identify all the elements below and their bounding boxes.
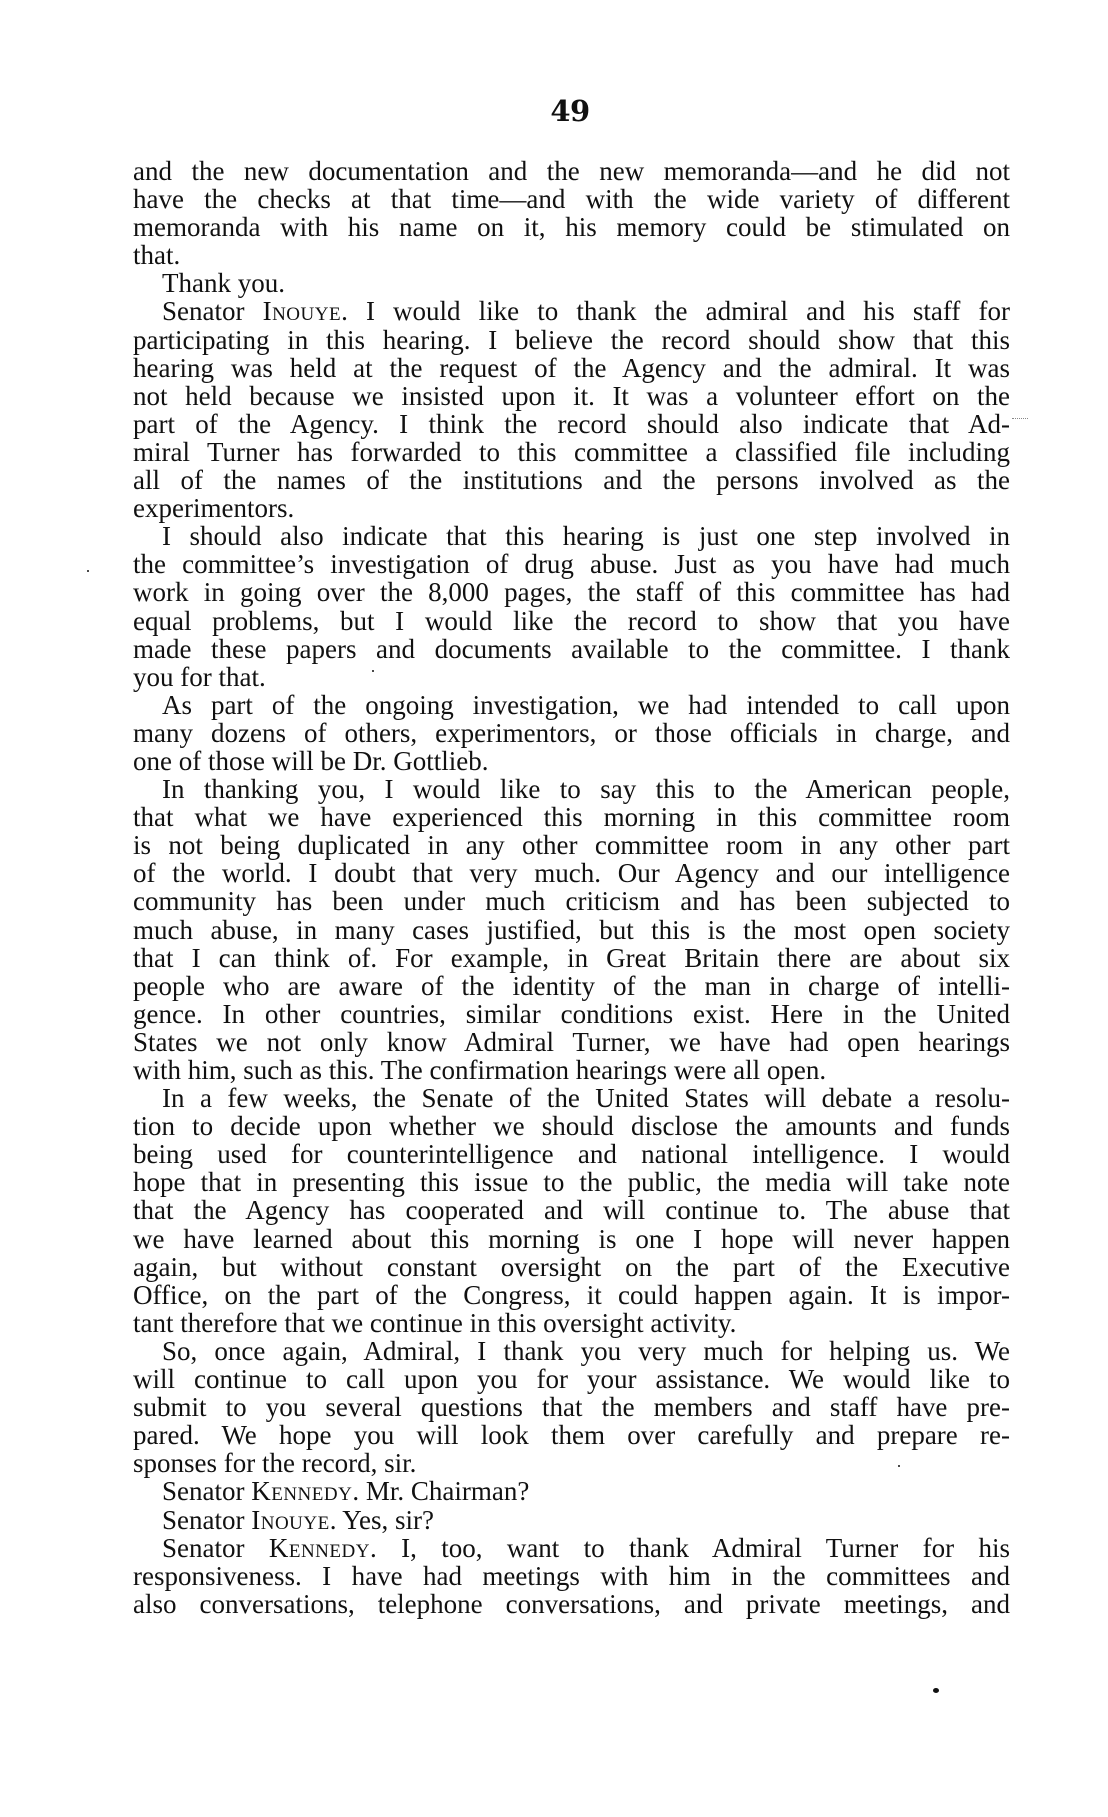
text-line: that what we have experienced this morni… xyxy=(133,803,1010,831)
speaker-prefix: Senator xyxy=(162,1533,269,1563)
text-line: experimentors. xyxy=(133,494,1010,522)
text-line: tant therefore that we continue in this … xyxy=(133,1309,1010,1337)
text-line: Senator Inouye. I would like to thank th… xyxy=(133,297,1010,325)
text-line: will continue to call upon you for your … xyxy=(133,1365,1010,1393)
text-line: equal problems, but I would like the rec… xyxy=(133,607,1010,635)
paragraph: So, once again, Admiral, I thank you ver… xyxy=(133,1337,1010,1477)
text-line: that the Agency has cooperated and will … xyxy=(133,1196,1010,1224)
text-line: community has been under much criticism … xyxy=(133,887,1010,915)
speaker-name: Inouye xyxy=(251,1505,329,1535)
text-line: is not being duplicated in any other com… xyxy=(133,831,1010,859)
text-line: States we not only know Admiral Turner, … xyxy=(133,1028,1010,1056)
speaker-paragraph-kennedy: Senator Kennedy. Mr. Chairman? xyxy=(133,1477,1010,1505)
speaker-prefix: Senator xyxy=(162,1476,251,1506)
text-line: pared. We hope you will look them over c… xyxy=(133,1421,1010,1449)
text-line: As part of the ongoing investigation, we… xyxy=(133,691,1010,719)
text-line: Thank you. xyxy=(133,269,1010,297)
text-line: Senator Kennedy. Mr. Chairman? xyxy=(133,1477,1010,1505)
text-line: Senator Inouye. Yes, sir? xyxy=(133,1506,1010,1534)
paragraph: Thank you. xyxy=(133,269,1010,297)
speaker-text: . I, too, want to thank Admiral Turner f… xyxy=(370,1533,1010,1563)
speaker-name: Inouye xyxy=(263,296,341,326)
text-line: not held because we insisted upon it. It… xyxy=(133,382,1010,410)
text-line: many dozens of others, experimentors, or… xyxy=(133,719,1010,747)
scan-speck xyxy=(898,1465,900,1467)
text-line: gence. In other countries, similar condi… xyxy=(133,1000,1010,1028)
text-line: work in going over the 8,000 pages, the … xyxy=(133,578,1010,606)
paragraph: and the new documentation and the new me… xyxy=(133,157,1010,269)
text-line: Senator Kennedy. I, too, want to thank A… xyxy=(133,1534,1010,1562)
text-line: So, once again, Admiral, I thank you ver… xyxy=(133,1337,1010,1365)
text-line: have the checks at that time—and with th… xyxy=(133,185,1010,213)
speaker-prefix: Senator xyxy=(162,296,263,326)
text-line: memoranda with his name on it, his memor… xyxy=(133,213,1010,241)
scan-speck xyxy=(933,1688,939,1693)
paragraph: As part of the ongoing investigation, we… xyxy=(133,691,1010,775)
text-line: much abuse, in many cases justified, but… xyxy=(133,916,1010,944)
speaker-paragraph-inouye: Senator Inouye. I would like to thank th… xyxy=(133,297,1010,522)
paragraph: In a few weeks, the Senate of the United… xyxy=(133,1084,1010,1337)
document-body: and the new documentation and the new me… xyxy=(133,157,1010,1618)
speaker-name: Kennedy xyxy=(251,1476,352,1506)
text-line: the committee’s investigation of drug ab… xyxy=(133,550,1010,578)
text-line: that. xyxy=(133,241,1010,269)
text-line: again, but without constant oversight on… xyxy=(133,1253,1010,1281)
text-line: miral Turner has forwarded to this commi… xyxy=(133,438,1010,466)
margin-mark xyxy=(1012,418,1028,420)
text-line: participating in this hearing. I believe… xyxy=(133,326,1010,354)
text-line: hearing was held at the request of the A… xyxy=(133,354,1010,382)
text-line: all of the names of the institutions and… xyxy=(133,466,1010,494)
text-line: sponses for the record, sir. xyxy=(133,1449,1010,1477)
text-line: I should also indicate that this hearing… xyxy=(133,522,1010,550)
text-line: and the new documentation and the new me… xyxy=(133,157,1010,185)
text-line: part of the Agency. I think the record s… xyxy=(133,410,1010,438)
text-line: people who are aware of the identity of … xyxy=(133,972,1010,1000)
text-line: we have learned about this morning is on… xyxy=(133,1225,1010,1253)
text-line: that I can think of. For example, in Gre… xyxy=(133,944,1010,972)
speaker-text: . Mr. Chairman? xyxy=(352,1476,529,1506)
text-line: Office, on the part of the Congress, it … xyxy=(133,1281,1010,1309)
page-number: 49 xyxy=(0,96,1108,126)
text-line: one of those will be Dr. Gottlieb. xyxy=(133,747,1010,775)
speaker-name: Kennedy xyxy=(269,1533,370,1563)
text-line: being used for counterintelligence and n… xyxy=(133,1140,1010,1168)
scan-speck xyxy=(372,670,374,672)
speaker-paragraph-kennedy: Senator Kennedy. I, too, want to thank A… xyxy=(133,1534,1010,1618)
speaker-text: . Yes, sir? xyxy=(330,1505,434,1535)
text-line: you for that. xyxy=(133,663,1010,691)
text-line: hope that in presenting this issue to th… xyxy=(133,1168,1010,1196)
paragraph: In thanking you, I would like to say thi… xyxy=(133,775,1010,1084)
text-line: of the world. I doubt that very much. Ou… xyxy=(133,859,1010,887)
text-line: tion to decide upon whether we should di… xyxy=(133,1112,1010,1140)
speaker-prefix: Senator xyxy=(162,1505,251,1535)
text-line: also conversations, telephone conversati… xyxy=(133,1590,1010,1618)
speaker-text: . I would like to thank the admiral and … xyxy=(341,296,1010,326)
text-line: submit to you several questions that the… xyxy=(133,1393,1010,1421)
text-line: In thanking you, I would like to say thi… xyxy=(133,775,1010,803)
text-line: In a few weeks, the Senate of the United… xyxy=(133,1084,1010,1112)
scan-speck xyxy=(87,570,89,572)
speaker-paragraph-inouye: Senator Inouye. Yes, sir? xyxy=(133,1506,1010,1534)
text-line: with him, such as this. The confirmation… xyxy=(133,1056,1010,1084)
text-line: responsiveness. I have had meetings with… xyxy=(133,1562,1010,1590)
paragraph: I should also indicate that this hearing… xyxy=(133,522,1010,691)
text-line: made these papers and documents availabl… xyxy=(133,635,1010,663)
